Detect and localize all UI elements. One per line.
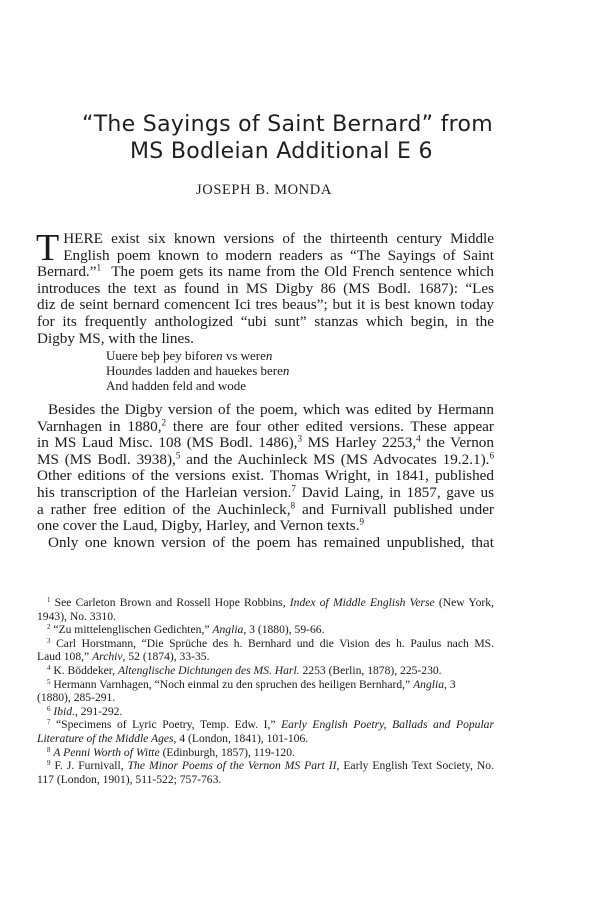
footnote-text: F. J. Furnivall, [50,759,127,772]
footnote-text: , 3 (1880), 59-66. [243,623,324,636]
verse-text: Hou [106,363,128,378]
verse-text: Uuere beþ þey bifore [106,348,216,363]
footnote-italic: Ibid. [53,705,75,718]
paragraph-2: Besides the Digby version of the poem, w… [37,402,494,535]
footnote-9: 9 F. J. Furnivall, The Minor Poems of th… [37,759,494,773]
text-line: Other editions of the versions exist. Th… [37,468,494,485]
verse-line: Houndes ladden and hauekes beren [106,363,289,378]
text-line: MS (MS Bodl. 3938),5 and the Auchinleck … [37,452,494,469]
footnote-text: , 4 (London, 1841), 101-106. [174,732,309,745]
verse-text: vs were [223,348,266,363]
footnote-text: Laud 108,” [37,650,92,663]
text-line: his transcription of the Harleian versio… [37,485,494,502]
footnote-italic: Altenglische Dichtungen des MS. Harl. [118,664,300,677]
text-line: in MS Laud Misc. 108 (MS Bodl. 1486),3 M… [37,435,494,452]
footnote-text: See Carleton Brown and Rossell Hope Robb… [50,596,289,609]
footnote-text: , Early English Text Society, No. [336,759,494,772]
footnote-text: Hermann Varnhagen, “Noch einmal zu den s… [50,678,413,691]
verse-line: And hadden feld and wode [106,378,289,393]
footnote-9-cont: 117 (London, 1901), 511-522; 757-763. [37,773,494,787]
footnote-italic: Early English Poetry, Ballads and Popula… [281,718,494,731]
text-line: introduces the text as found in MS Digby… [37,281,494,298]
footnote-text: 2253 (Berlin, 1878), 225-230. [300,664,442,677]
footnote-7-cont: Literature of the Middle Ages, 4 (London… [37,732,494,746]
footnote-text: “Zu mittelenglischen Gedichten,” [50,623,212,636]
text-fragment: MS Harley 2253, [302,434,416,451]
footnote-italic: Archiv [92,650,122,663]
footnote-text: , 52 (1874), 33-35. [123,650,210,663]
article-author: JOSEPH B. MONDA [196,182,332,199]
text-fragment: and Furnivall published under [295,501,494,518]
verse-quotation: Uuere beþ þey biforen vs weren Houndes l… [106,348,289,394]
footnote-2: 2 “Zu mittelenglischen Gedichten,” Angli… [37,623,494,637]
footnotes: 1 See Carleton Brown and Rossell Hope Ro… [37,596,494,786]
footnote-1-cont: 1943), No. 3310. [37,610,494,624]
text-fragment: in MS Laud Misc. 108 (MS Bodl. 1486), [37,434,297,451]
paragraph-3: Only one known version of the poem has r… [37,535,494,552]
footnote-ref[interactable]: 9 [360,517,365,527]
text-line: HERE exist six known versions of the thi… [37,231,494,248]
footnote-text: , 3 [444,678,456,691]
verse-line: Uuere beþ þey biforen vs weren [106,348,289,363]
footnote-text: “Specimens of Lyric Poetry, Temp. Edw. I… [50,718,281,731]
text-fragment: David Laing, in 1857, gave us [296,484,494,501]
text-fragment: MS (MS Bodl. 3938), [37,451,176,468]
footnote-text: (New York, [435,596,494,609]
footnote-6: 6 Ibid., 291-292. [37,705,494,719]
text-line: Besides the Digby version of the poem, w… [37,402,494,419]
footnote-italic: A Penni Worth of Witte [53,746,159,759]
text-fragment: Varnhagen in 1880, [37,418,162,435]
footnote-3-cont: Laud 108,” Archiv, 52 (1874), 33-35. [37,650,494,664]
text-fragment: there are four other edited versions. Th… [166,418,494,435]
footnote-italic: The Minor Poems of the Vernon MS Part II [128,759,337,772]
drop-cap: T [36,233,59,263]
text-line: Only one known version of the poem has r… [37,535,494,552]
text-line: one cover the Laud, Digby, Harley, and V… [37,518,494,535]
text-fragment: one cover the Laud, Digby, Harley, and V… [37,517,360,534]
footnote-text: K. Böddeker, [50,664,117,677]
text-line: English poem known to modern readers as … [37,248,494,265]
footnote-text: Carl Horstmann, “Die Sprüche des h. Bern… [50,637,494,650]
verse-text: des ladden and hauekes bere [135,363,283,378]
footnote-ref[interactable]: 6 [489,450,494,460]
footnote-italic: Literature of the Middle Ages [37,732,174,745]
text-fragment: his transcription of the Harleian versio… [37,484,291,501]
footnote-text: , 291-292. [75,705,122,718]
footnote-8: 8 A Penni Worth of Witte (Edinburgh, 185… [37,746,494,760]
verse-text: And hadden feld and wode [106,378,246,393]
footnote-1: 1 See Carleton Brown and Rossell Hope Ro… [37,596,494,610]
footnote-7: 7 “Specimens of Lyric Poetry, Temp. Edw.… [37,718,494,732]
footnote-3: 3 Carl Horstmann, “Die Sprüche des h. Be… [37,637,494,651]
article-title-line-1: “The Sayings of Saint Bernard” from [82,112,493,137]
footnote-ref[interactable]: 1 [96,263,101,273]
text-line: Digby MS, with the lines. [37,331,494,348]
footnote-italic: Anglia [212,623,243,636]
footnote-4: 4 K. Böddeker, Altenglische Dichtungen d… [37,664,494,678]
text-fragment: and the Auchinleck MS (MS Advocates 19.2… [180,451,489,468]
footnote-italic: Anglia [413,678,444,691]
text-line: a rather free edition of the Auchinleck,… [37,502,494,519]
text-line: Bernard.”1 The poem gets its name from t… [37,264,494,281]
text-fragment: The poem gets its name from the Old Fren… [111,263,494,280]
footnote-text: (Edinburgh, 1857), 119-120. [160,746,295,759]
text-line: diz de seint bernard comencent Ici tres … [37,297,494,314]
footnote-5-cont: (1880), 285-291. [37,691,494,705]
journal-page: “The Sayings of Saint Bernard” from MS B… [0,0,606,915]
footnote-italic: Index of Middle English Verse [290,596,435,609]
text-line: for its frequently anthologized “ubi sun… [37,314,494,331]
text-fragment: a rather free edition of the Auchinleck, [37,501,291,518]
footnote-5: 5 Hermann Varnhagen, “Noch einmal zu den… [37,678,494,692]
text-line: Varnhagen in 1880,2 there are four other… [37,419,494,436]
paragraph-1: T HERE exist six known versions of the t… [37,231,494,347]
text-fragment: the Vernon [421,434,494,451]
text-fragment: Bernard.” [37,263,96,280]
article-title-line-2: MS Bodleian Additional E 6 [130,139,433,164]
verse-italic: n [266,348,273,363]
verse-italic: n [283,363,290,378]
